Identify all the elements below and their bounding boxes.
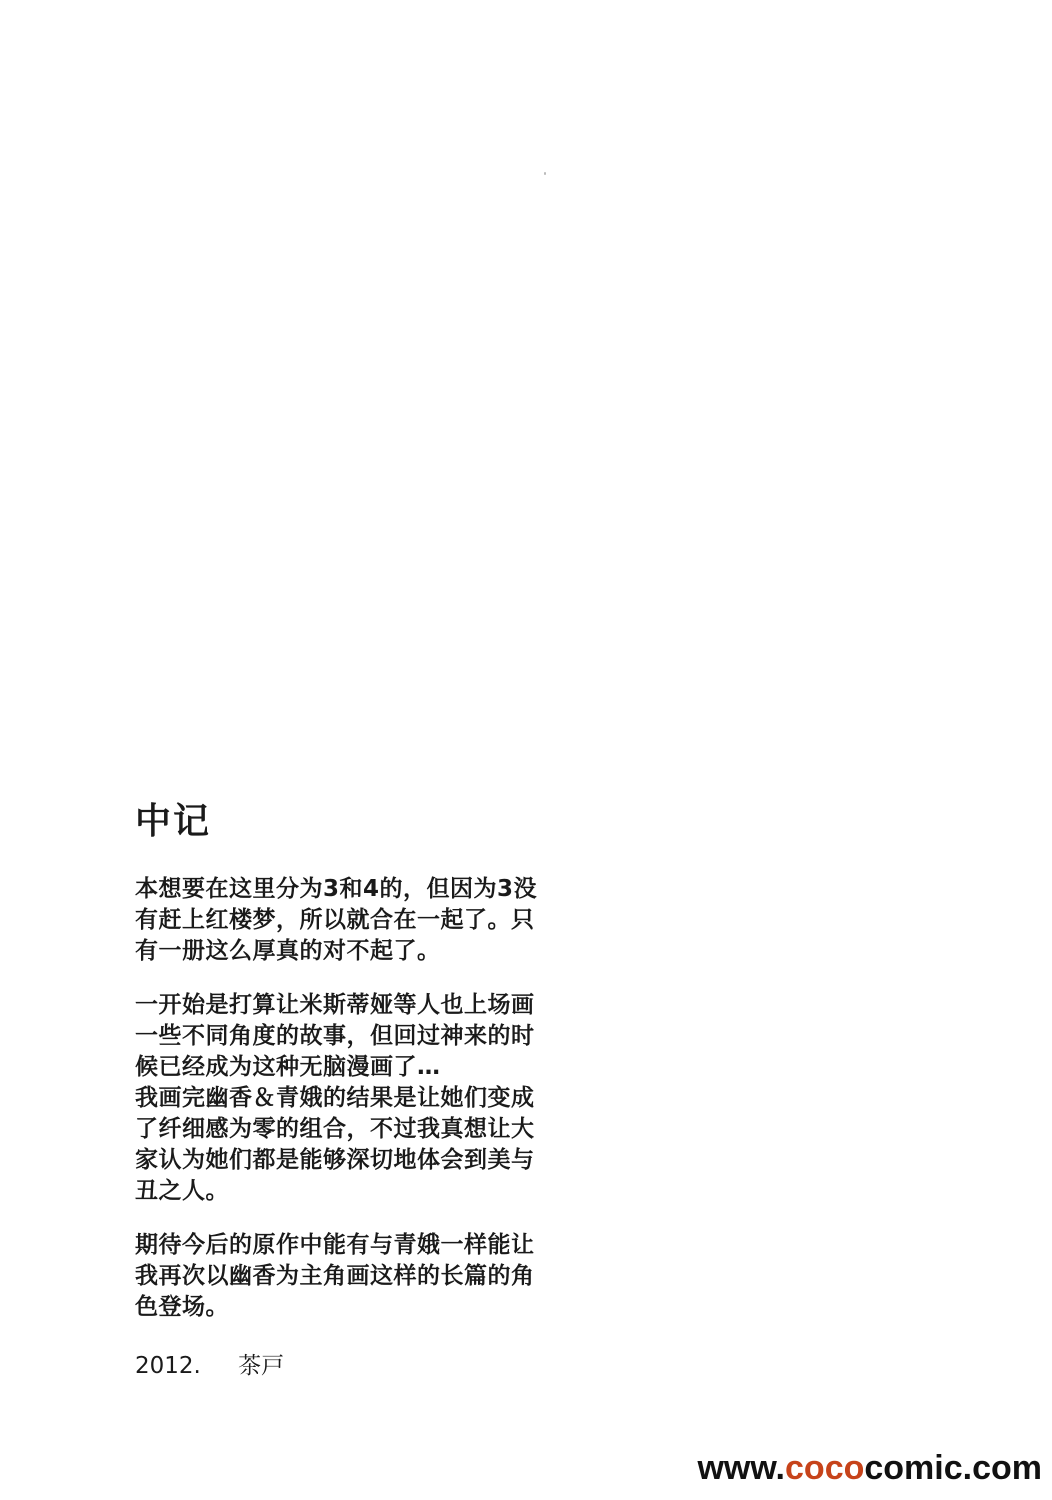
text-line: 我再次以幽香为主角画这样的长篇的角 xyxy=(135,1261,595,1292)
text-line: 一些不同角度的故事，但回过神来的时 xyxy=(135,1021,595,1052)
text-line: 丑之人。 xyxy=(135,1176,595,1207)
text-line: 家认为她们都是能够深切地体会到美与 xyxy=(135,1145,595,1176)
paragraph-3: 期待今后的原作中能有与青娥一样能让 我再次以幽香为主角画这样的长篇的角 色登场。 xyxy=(135,1230,595,1323)
page-title: 中记 xyxy=(135,800,595,844)
signature-year: 2012. xyxy=(135,1353,201,1379)
text-line: 有赶上红楼梦，所以就合在一起了。只 xyxy=(135,905,595,936)
scan-speck xyxy=(544,172,546,175)
text-line: 本想要在这里分为3和4的，但因为3没 xyxy=(135,874,595,905)
text-line: 一开始是打算让米斯蒂娅等人也上场画 xyxy=(135,990,595,1021)
text-line: 了纤细感为零的组合，不过我真想让大 xyxy=(135,1114,595,1145)
signature-author: 茶戸 xyxy=(238,1353,284,1379)
signature: 2012. 茶戸 xyxy=(135,1351,595,1382)
text-line: 我画完幽香＆青娥的结果是让她们变成 xyxy=(135,1083,595,1114)
watermark-suffix: comic.com xyxy=(864,1449,1042,1487)
paragraph-2: 一开始是打算让米斯蒂娅等人也上场画 一些不同角度的故事，但回过神来的时 候已经成… xyxy=(135,990,595,1207)
site-watermark: www.cococomic.com xyxy=(697,1449,1042,1488)
watermark-accent: coco xyxy=(785,1449,864,1487)
paragraph-1: 本想要在这里分为3和4的，但因为3没 有赶上红楼梦，所以就合在一起了。只 有一册… xyxy=(135,874,595,967)
text-line: 色登场。 xyxy=(135,1292,595,1323)
watermark-prefix: www. xyxy=(697,1449,785,1487)
text-line: 候已经成为这种无脑漫画了… xyxy=(135,1052,595,1083)
text-line: 有一册这么厚真的对不起了。 xyxy=(135,936,595,967)
afterword-block: 中记 本想要在这里分为3和4的，但因为3没 有赶上红楼梦，所以就合在一起了。只 … xyxy=(135,800,595,1382)
text-line: 期待今后的原作中能有与青娥一样能让 xyxy=(135,1230,595,1261)
